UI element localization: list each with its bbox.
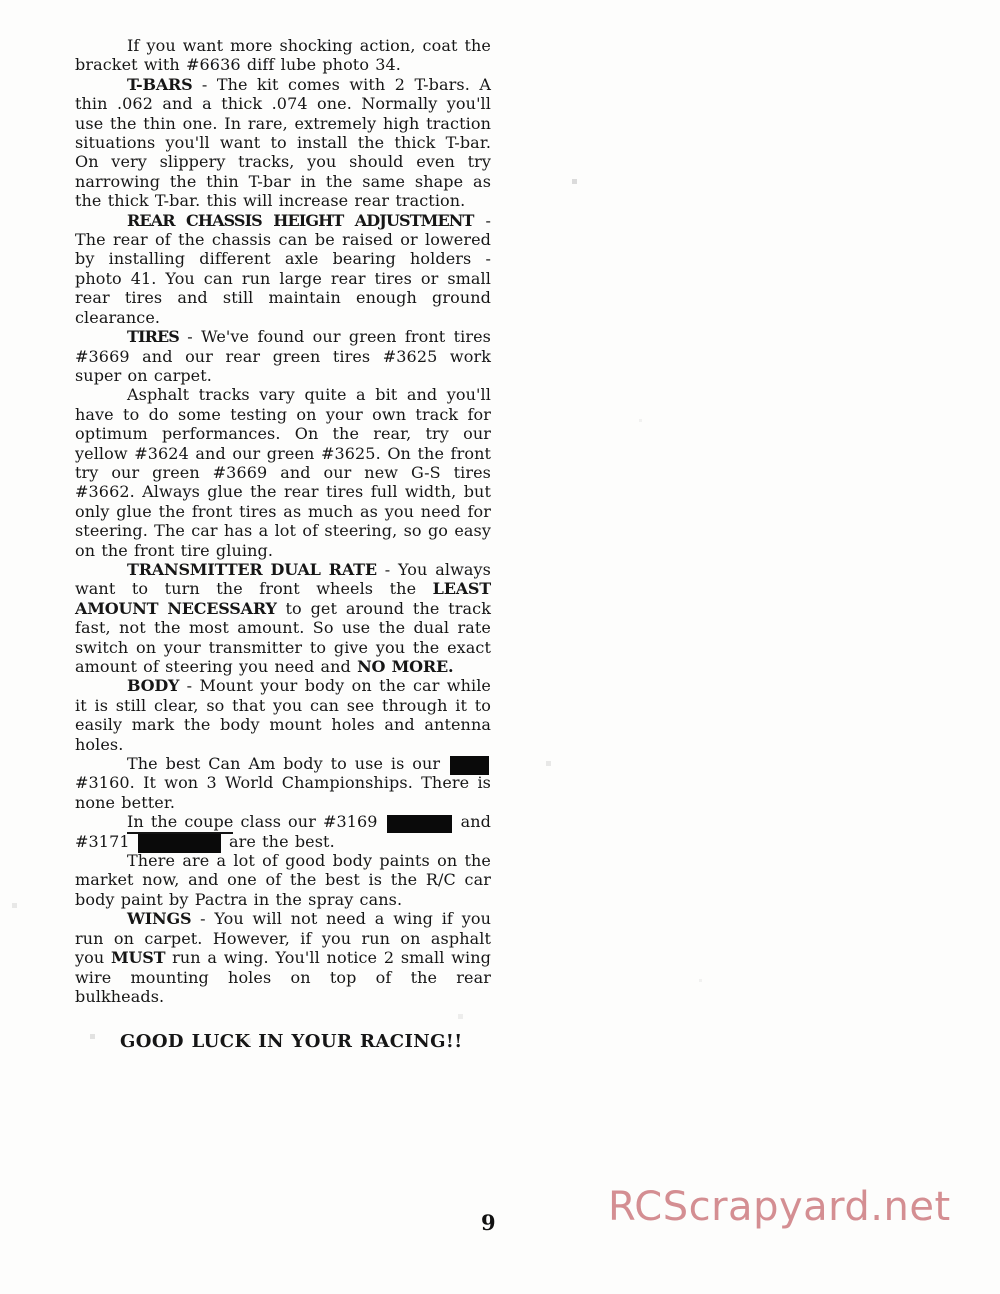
section-heading: WINGS [127,909,191,928]
paragraph: There are a lot of good body paints on t… [75,851,491,909]
watermark-text: RCScrapyard.net [608,1184,951,1230]
manual-text-column: If you want more shocking action, coat t… [75,36,491,1052]
section-heading: T-BARS [127,75,193,94]
section-heading: LEAST AMOUNT NECESSARY [75,579,491,617]
section-heading: MUST [111,948,165,967]
scanned-manual-page: If you want more shocking action, coat t… [0,0,1000,1294]
section-heading: TRANSMITTER DUAL RATE [127,560,377,579]
underlined-text: In the coupe [127,812,233,834]
redaction-box [138,834,221,853]
paragraph: TRANSMITTER DUAL RATE - You always want … [75,560,491,676]
redaction-box [387,815,452,833]
section-heading: NO MORE. [357,657,453,676]
paragraph: T-BARS - The kit comes with 2 T-bars. A … [75,75,491,211]
paragraph: WINGS - You will not need a wing if you … [75,909,491,1006]
section-heading: BODY [127,676,179,695]
paragraph: The best Can Am body to use is our #3160… [75,754,491,812]
paragraph: Asphalt tracks vary quite a bit and you'… [75,385,491,560]
paragraph: REAR CHASSIS HEIGHT ADJUSTMENT - The rea… [75,211,491,327]
paragraph: BODY - Mount your body on the car while … [75,676,491,754]
paragraph: In the coupe class our #3169 and #3171 a… [75,812,491,851]
closing-heading: GOOD LUCK IN YOUR RACING!! [120,1032,491,1051]
page-number: 9 [481,1210,496,1235]
section-heading: REAR CHASSIS HEIGHT ADJUSTMENT [127,211,474,230]
scan-noise-specks [0,0,1,1]
redaction-box [450,756,489,775]
paragraph: If you want more shocking action, coat t… [75,36,491,75]
paragraph: TIRES - We've found our green front tire… [75,327,491,385]
section-heading: TIRES [127,327,179,346]
